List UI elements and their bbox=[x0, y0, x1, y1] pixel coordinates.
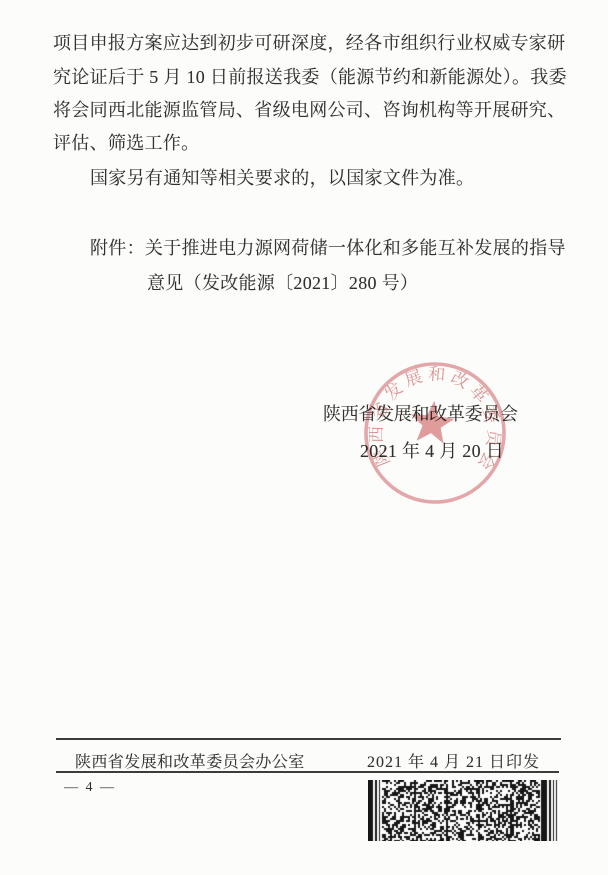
footer-rule-top bbox=[56, 738, 561, 740]
barcode bbox=[368, 780, 558, 841]
body-line-2: 究论证后于 5 月 10 日前报送我委（能源节约和新能源处）。我委 bbox=[53, 67, 567, 89]
body-line-4: 评估、筛选工作。 bbox=[53, 133, 199, 155]
page-number: — 4 — bbox=[64, 780, 116, 796]
body-paragraph-2: 国家另有通知等相关要求的，以国家文件为准。 bbox=[90, 168, 474, 190]
signature-issuer: 陕西省发展和改革委员会 bbox=[323, 404, 518, 426]
attachment-line-2: 意见（发改能源〔2021〕280 号） bbox=[147, 273, 418, 295]
seal-ring bbox=[359, 357, 511, 509]
official-seal: 陕西省发展和改革委员会 bbox=[350, 348, 520, 518]
footer-office: 陕西省发展和改革委员会办公室 bbox=[75, 749, 305, 772]
signature-date: 2021 年 4 月 20 日 bbox=[360, 441, 504, 463]
attachment-line-1: 附件：关于推进电力源网荷储一体化和多能互补发展的指导 bbox=[90, 238, 566, 260]
body-line-3: 将会同西北能源监管局、省级电网公司、咨询机构等开展研究、 bbox=[53, 100, 565, 122]
footer-print-date: 2021 年 4 月 21 日印发 bbox=[367, 749, 540, 772]
document-page: 项目申报方案应达到初步可研深度，经各市组织行业权威专家研 究论证后于 5 月 1… bbox=[0, 0, 608, 875]
attachment-label: 附件： bbox=[90, 238, 145, 258]
attachment-title: 关于推进电力源网荷储一体化和多能互补发展的指导 bbox=[145, 238, 566, 258]
body-line-1: 项目申报方案应达到初步可研深度，经各市组织行业权威专家研 bbox=[53, 33, 565, 55]
